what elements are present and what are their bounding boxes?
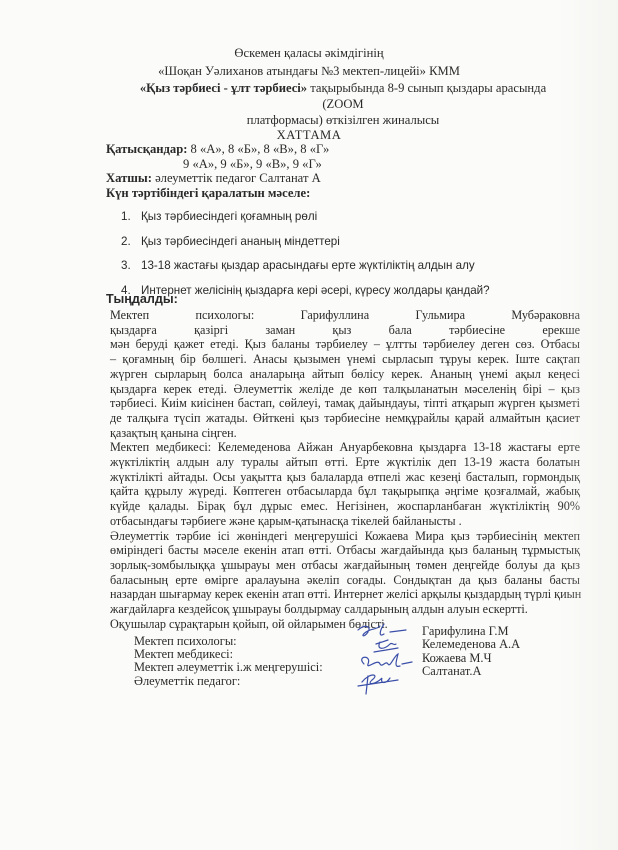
body-line: отбасындағы тәрбиеге және қарым-қатынасқ… (110, 514, 580, 529)
body-line: қазақтың қанына сіңген. (110, 426, 580, 441)
secretary-value: әлеуметтік педагог Салтанат А (152, 171, 321, 185)
agenda-number: 3. (121, 254, 141, 278)
body-line: баласының ерте өмірге аралауына әкеліп с… (110, 573, 580, 588)
school-name-line: «Шоқан Уәлиханов атындағы №3 мектеп-лице… (0, 62, 618, 80)
participants-label: Қатысқандар: (106, 142, 187, 156)
scan-shading (558, 0, 618, 850)
agenda-list: 1.Қыз тәрбиесіндегі қоғамның рөлі 2.Қыз … (121, 205, 490, 303)
minutes-body: Мектеп психологы: Гарифуллина Гульмира М… (110, 308, 580, 631)
name-social-head: Кожаева М.Ч (422, 652, 520, 665)
body-line: жүктілікті айтады. Осы уақытта қыз балал… (110, 470, 580, 485)
body-line: Мектеп психологы: Гарифуллина Гульмира М… (110, 308, 580, 323)
protocol-page: Өскемен қаласы әкімдігінің «Шоқан Уәлиха… (0, 0, 618, 850)
meeting-meta: Қатысқандар: 8 «А», 8 «Б», 8 «В», 8 «Г» … (106, 142, 329, 200)
body-line: күйде қалады. Бірақ бұл дұрыс емес. Негі… (110, 499, 580, 514)
meeting-topic: «Қыз тәрбиесі - ұлт тәрбиесі» тақырыбынд… (118, 80, 568, 128)
participants-row-1: 8 «А», 8 «Б», 8 «В», 8 «Г» (187, 142, 329, 156)
name-social-pedagogue: Салтанат.А (422, 665, 520, 678)
topic-description: тақырыбында 8-9 сынып қыздары арасында (… (307, 81, 546, 111)
body-line: – қоғамның бір бөлшегі. Анасы қызымен үн… (110, 352, 580, 367)
body-line: жүрген сырларың болса аналарыңа айтып бө… (110, 367, 580, 382)
agenda-item: 1.Қыз тәрбиесіндегі қоғамның рөлі (121, 205, 490, 230)
topic-description-2: платформасы) өткізілген жиналысы (118, 112, 568, 128)
role-social-head: Мектеп әлеуметтік і.ж меңгерушісі: (134, 661, 323, 674)
topic-title: «Қыз тәрбиесі - ұлт тәрбиесі» (140, 81, 307, 95)
body-line: мән беруді қажет етеді. Қыз баланы тәрби… (110, 337, 580, 352)
body-line: тәрбиесі. Киім киісінен бастап, сөйлеуі,… (110, 396, 580, 411)
agenda-label: Күн тәртібіндегі қаралатын мәселе: (106, 186, 329, 201)
heard-label: Тыңдалды: (106, 292, 178, 306)
name-nurse: Келемеденова А.А (422, 638, 520, 651)
agenda-text: 13-18 жастағы қыздар арасындағы ерте жүк… (141, 259, 475, 272)
agenda-number: 2. (121, 230, 141, 254)
secretary-label: Хатшы: (106, 171, 152, 185)
akimat-line: Өскемен қаласы әкімдігінің (0, 44, 618, 62)
body-line: өміріндегі басты мәселе екенін атап өтті… (110, 543, 580, 558)
body-line: Әлеуметтік тәрбие ісі жөніндегі меңгеруш… (110, 529, 580, 544)
role-social-pedagogue: Әлеуметтік педагог: (134, 675, 323, 688)
body-line: Мектеп медбикесі: Келемеденова Айжан Ану… (110, 440, 580, 455)
agenda-number: 1. (121, 205, 141, 229)
body-line: қыздарға қазіргі заман қыз бала тәрбиесі… (110, 323, 580, 338)
body-line: жүктіліктің алдын алу туралы айтып өтті.… (110, 455, 580, 470)
signature-names: Гарифулина Г.М Келемеденова А.А Кожаева … (422, 625, 520, 679)
signature-roles: Мектеп психологы: Мектеп мебдикесі: Мект… (134, 635, 323, 688)
body-line: де талқыға түсіп жатады. Өйткені қыз тәр… (110, 411, 580, 426)
agenda-text: Қыз тәрбиесіндегі қоғамның рөлі (141, 210, 317, 223)
body-line: назардан шығармау керек екенін атап өтті… (110, 587, 580, 602)
document-title: ХАТТАМА (0, 128, 618, 143)
body-line: жағдайларға кездейсоқ ұшырауы болдырмау … (110, 602, 580, 617)
body-line: қайта құрылу жүреді. Көптеген отбасылард… (110, 484, 580, 499)
body-line: қыздарға керек етеді. Әлеуметтік желіде … (110, 382, 580, 397)
organization-header: Өскемен қаласы әкімдігінің «Шоқан Уәлиха… (0, 44, 618, 80)
body-line: зорлық-зомбылыққа ұшырауы мен отбасы жағ… (110, 558, 580, 573)
agenda-text: Интернет желісінің қыздарға кері әсері, … (141, 284, 490, 297)
name-psychologist: Гарифулина Г.М (422, 625, 520, 638)
agenda-item: 3.13-18 жастағы қыздар арасындағы ерте ж… (121, 254, 490, 279)
participants-row-2: 9 «А», 9 «Б», 9 «В», 9 «Г» (106, 157, 329, 172)
handwritten-signatures-icon (350, 620, 430, 700)
agenda-item: 2.Қыз тәрбиесіндегі ананың міндеттері (121, 230, 490, 255)
agenda-text: Қыз тәрбиесіндегі ананың міндеттері (141, 235, 340, 248)
